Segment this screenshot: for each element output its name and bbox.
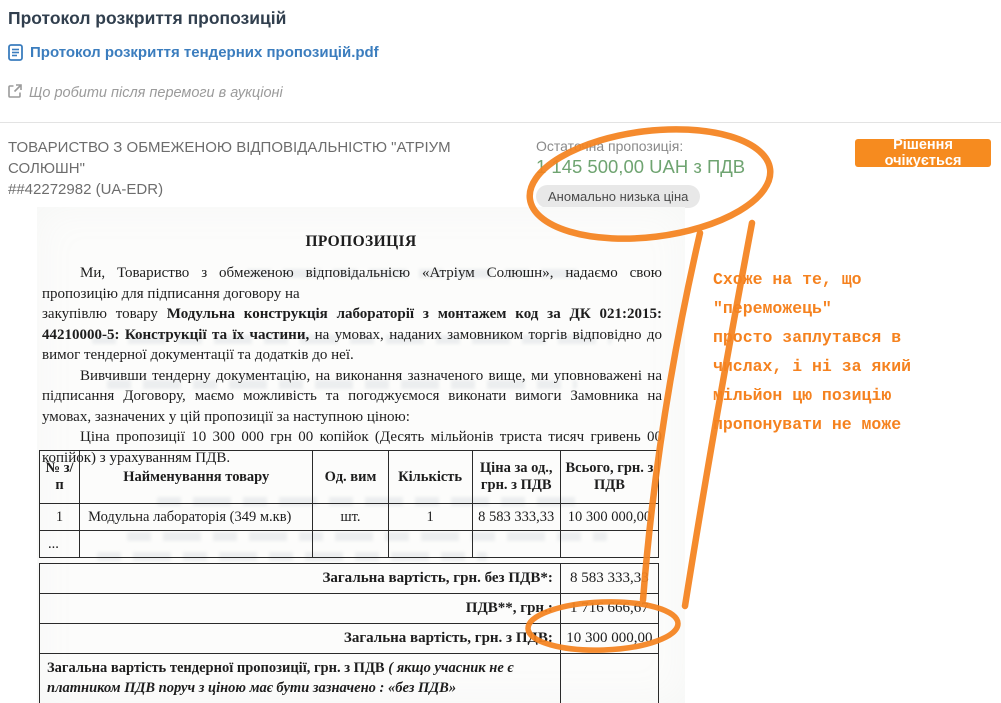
pdf-link-label: Протокол розкриття тендерних пропозицій.…	[30, 44, 379, 61]
comment-line: числах, і ні за який	[713, 352, 963, 381]
cell-quantity: 1	[388, 504, 472, 531]
comment-line: мільйон цю позицію	[713, 381, 963, 410]
document-body-text: Ми, Товариство з обмеженою відповідальні…	[42, 263, 662, 468]
abnormal-price-badge: Аномально низька ціна	[536, 185, 700, 208]
comment-line: просто заплутався в	[713, 323, 963, 352]
text-segment: закупівлю товару	[42, 306, 167, 322]
cell-total: 10 300 000,00	[560, 504, 658, 531]
totals-table: Загальна вартість, грн. без ПДВ*: 8 583 …	[39, 563, 659, 703]
total-label: Загальна вартість, грн. без ПДВ*:	[40, 564, 561, 594]
help-after-win-link[interactable]: Що робити після перемоги в аукціоні	[8, 84, 283, 102]
cell-number: 1	[40, 504, 80, 531]
items-table: № з/п Найменування товару Од. вим Кількі…	[39, 450, 659, 558]
col-item-name: Найменування товару	[80, 451, 313, 504]
cell-empty	[80, 531, 313, 558]
tender-total-note: Загальна вартість тендерної пропозиції, …	[40, 654, 561, 703]
reviewer-comment: Схоже на те, що "переможець" просто запл…	[713, 265, 963, 439]
cell-empty	[313, 531, 388, 558]
final-offer-label: Остаточна пропозиція:	[536, 138, 776, 154]
paragraph-commitment: Вивчивши тендерну документацію, на викон…	[42, 366, 662, 428]
decision-pending-button[interactable]: Рішення очікується	[855, 139, 991, 167]
items-table-header-row: № з/п Найменування товару Од. вим Кількі…	[40, 451, 659, 504]
document-title: ПРОПОЗИЦІЯ	[37, 233, 685, 251]
col-number: № з/п	[40, 451, 80, 504]
total-row-with-vat: Загальна вартість, грн. з ПДВ: 10 300 00…	[40, 624, 659, 654]
cell-ellipsis: ...	[40, 531, 80, 558]
help-link-label: Що робити після перемоги в аукціоні	[29, 85, 283, 101]
total-row-no-vat: Загальна вартість, грн. без ПДВ*: 8 583 …	[40, 564, 659, 594]
total-label: ПДВ**, грн.:	[40, 594, 561, 624]
scanned-proposal-document: ПРОПОЗИЦІЯ Ми, Товариство з обмеженою ві…	[37, 207, 685, 703]
cell-empty	[560, 654, 658, 703]
table-row: ...	[40, 531, 659, 558]
supplier-block: ТОВАРИСТВО З ОБМЕЖЕНОЮ ВІДПОВІДАЛЬНІСТЮ …	[8, 137, 488, 200]
supplier-name: ТОВАРИСТВО З ОБМЕЖЕНОЮ ВІДПОВІДАЛЬНІСТЮ …	[8, 137, 488, 179]
cell-empty	[560, 531, 658, 558]
cell-item-name: Модульна лабораторія (349 м.кв)	[80, 504, 313, 531]
comment-line: "переможець"	[713, 294, 963, 323]
total-value-circled: 10 300 000,00	[560, 624, 658, 654]
tender-total-note-row: Загальна вартість тендерної пропозиції, …	[40, 654, 659, 703]
paragraph-intro: Ми, Товариство з обмеженою відповідальні…	[42, 263, 662, 304]
paragraph-subject: закупівлю товару Модульна конструкція ла…	[42, 304, 662, 366]
pdf-download-link[interactable]: Протокол розкриття тендерних пропозицій.…	[8, 44, 379, 61]
cell-empty	[472, 531, 560, 558]
final-offer-amount: 1 145 500,00 UAH з ПДВ	[536, 156, 776, 178]
section-divider	[0, 122, 1001, 123]
external-link-icon	[8, 84, 22, 102]
document-file-icon	[8, 44, 23, 61]
col-unit: Од. вим	[313, 451, 388, 504]
table-row: 1 Модульна лабораторія (349 м.кв) шт. 1 …	[40, 504, 659, 531]
col-total: Всього, грн. з ПДВ	[560, 451, 658, 504]
total-value: 8 583 333,33	[560, 564, 658, 594]
total-row-vat: ПДВ**, грн.: 1 716 666,67	[40, 594, 659, 624]
comment-line: пропонувати не може	[713, 410, 963, 439]
supplier-edr-code: ##42272982 (UA-EDR)	[8, 179, 488, 200]
cell-unit: шт.	[313, 504, 388, 531]
total-value: 1 716 666,67	[560, 594, 658, 624]
col-quantity: Кількість	[388, 451, 472, 504]
final-offer-block: Остаточна пропозиція: 1 145 500,00 UAH з…	[536, 138, 776, 208]
page-title: Протокол розкриття пропозицій	[8, 8, 286, 29]
note-bold-segment: Загальна вартість тендерної пропозиції, …	[47, 660, 388, 676]
cell-unit-price: 8 583 333,33	[472, 504, 560, 531]
cell-empty	[388, 531, 472, 558]
comment-line: Схоже на те, що	[713, 265, 963, 294]
total-label: Загальна вартість, грн. з ПДВ:	[40, 624, 561, 654]
col-unit-price: Ціна за од., грн. з ПДВ	[472, 451, 560, 504]
